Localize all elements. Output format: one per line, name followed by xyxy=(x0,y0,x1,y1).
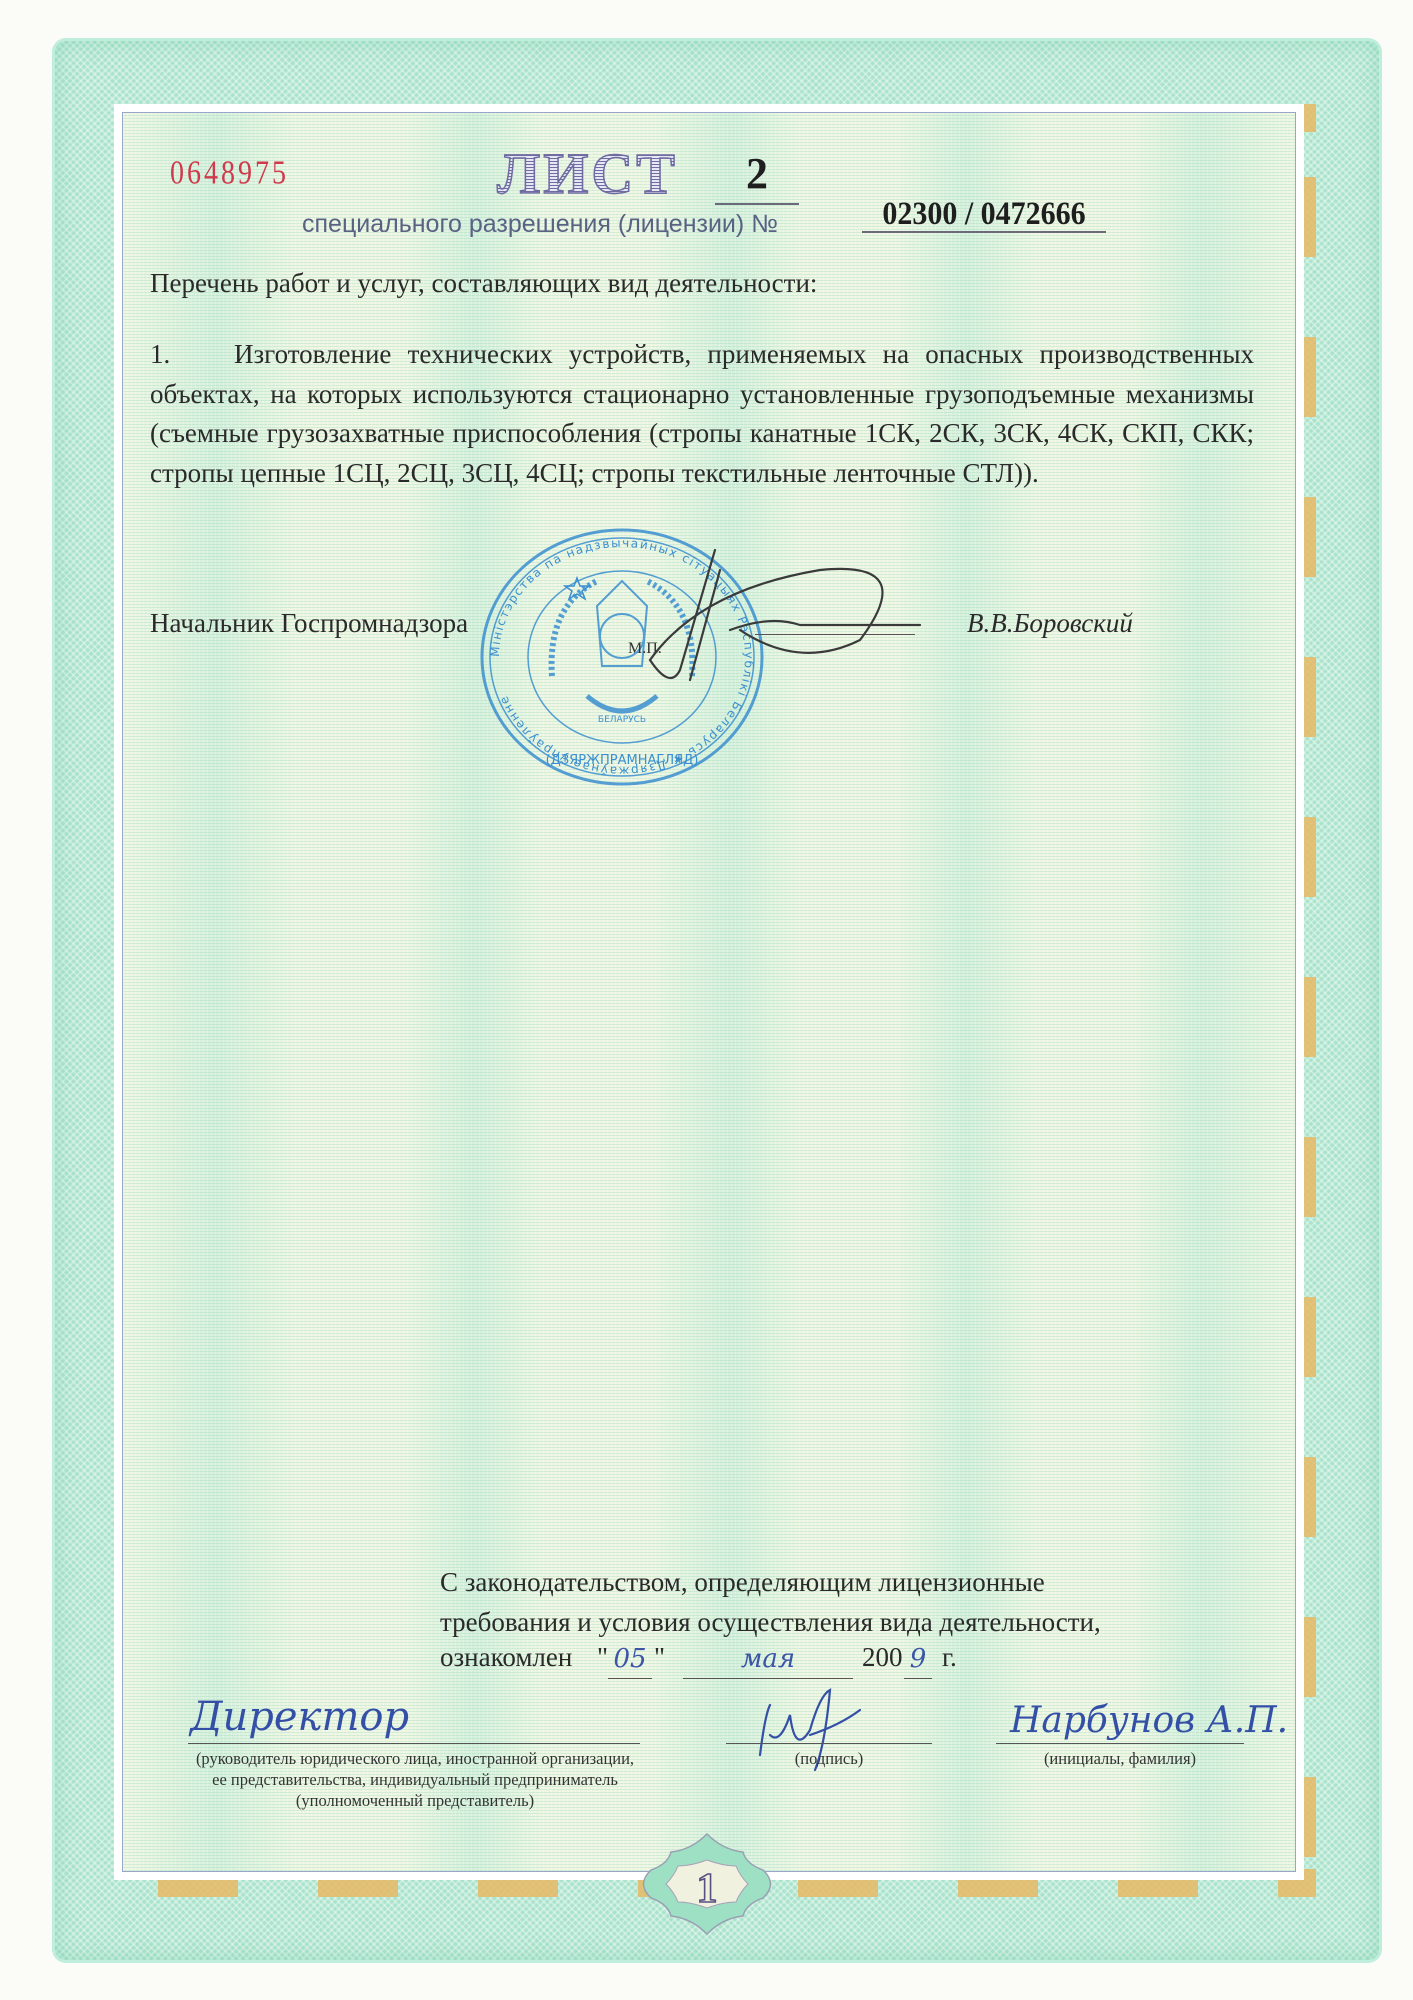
year-prefix: 200 xyxy=(862,1642,903,1673)
authority-title: Начальник Госпромнадзора xyxy=(150,608,468,639)
date-year-field[interactable]: 9 xyxy=(904,1642,932,1679)
item-text: Изготовление технических устройств, прим… xyxy=(150,339,1254,488)
stamp-inner-text: (ДЗЯРЖПРАМНАГЛЯД) xyxy=(546,753,699,768)
position-line xyxy=(188,1743,640,1744)
signature-caption: (подпись) xyxy=(726,1748,932,1769)
page-number: 1 xyxy=(697,1866,718,1912)
quote-close-icon: " xyxy=(654,1642,665,1673)
position-caption-line-2: ее представительства, индивидуальный пре… xyxy=(150,1769,680,1790)
license-number: 02300 / 0472666 xyxy=(882,195,1085,232)
license-label: специального разрешения (лицензии) № xyxy=(302,210,778,239)
stamp-center-text: БЕЛАРУСЬ xyxy=(598,715,646,725)
acknowledgement-line-2: требования и условия осуществления вида … xyxy=(440,1602,1101,1642)
signature-line xyxy=(726,1743,932,1744)
sheet-number: 2 xyxy=(746,149,768,198)
works-list-item: 1.Изготовление технических устройств, пр… xyxy=(150,335,1254,493)
name-caption: (инициалы, фамилия) xyxy=(996,1748,1244,1769)
acknowledged-label: ознакомлен xyxy=(440,1642,572,1673)
position-caption-line-3: (уполномоченный представитель) xyxy=(150,1790,680,1811)
acknowledgement-text: С законодательством, определяющим лиценз… xyxy=(440,1562,1101,1642)
license-number-field: 02300 / 0472666 xyxy=(862,197,1106,233)
serial-number: 0648975 xyxy=(170,155,289,193)
year-unit: г. xyxy=(942,1642,957,1673)
position-caption: (руководитель юридического лица, иностра… xyxy=(150,1748,680,1811)
name-handwritten: Нарбунов А.П. xyxy=(1010,1700,1288,1741)
acknowledgement-line-1: С законодательством, определяющим лиценз… xyxy=(440,1562,1101,1602)
name-line xyxy=(996,1743,1244,1744)
works-list-heading: Перечень работ и услуг, составляющих вид… xyxy=(150,268,817,299)
sheet-title: ЛИСТ xyxy=(497,140,678,207)
date-day-field[interactable]: 05 xyxy=(608,1642,652,1679)
position-caption-line-1: (руководитель юридического лица, иностра… xyxy=(150,1748,680,1769)
page-number-badge: 1 xyxy=(628,1830,786,1938)
item-number: 1. xyxy=(150,335,234,375)
acknowledgement-date-row: ознакомлен " 05 " мая 200 9 г. xyxy=(440,1642,1260,1682)
authority-name: В.В.Боровский xyxy=(967,608,1133,639)
sheet-number-field: 2 xyxy=(715,145,799,205)
authority-signature xyxy=(620,530,980,700)
quote-open-icon: " xyxy=(597,1642,608,1673)
date-month-field[interactable]: мая xyxy=(683,1642,853,1679)
position-handwritten: Директор xyxy=(190,1694,409,1740)
